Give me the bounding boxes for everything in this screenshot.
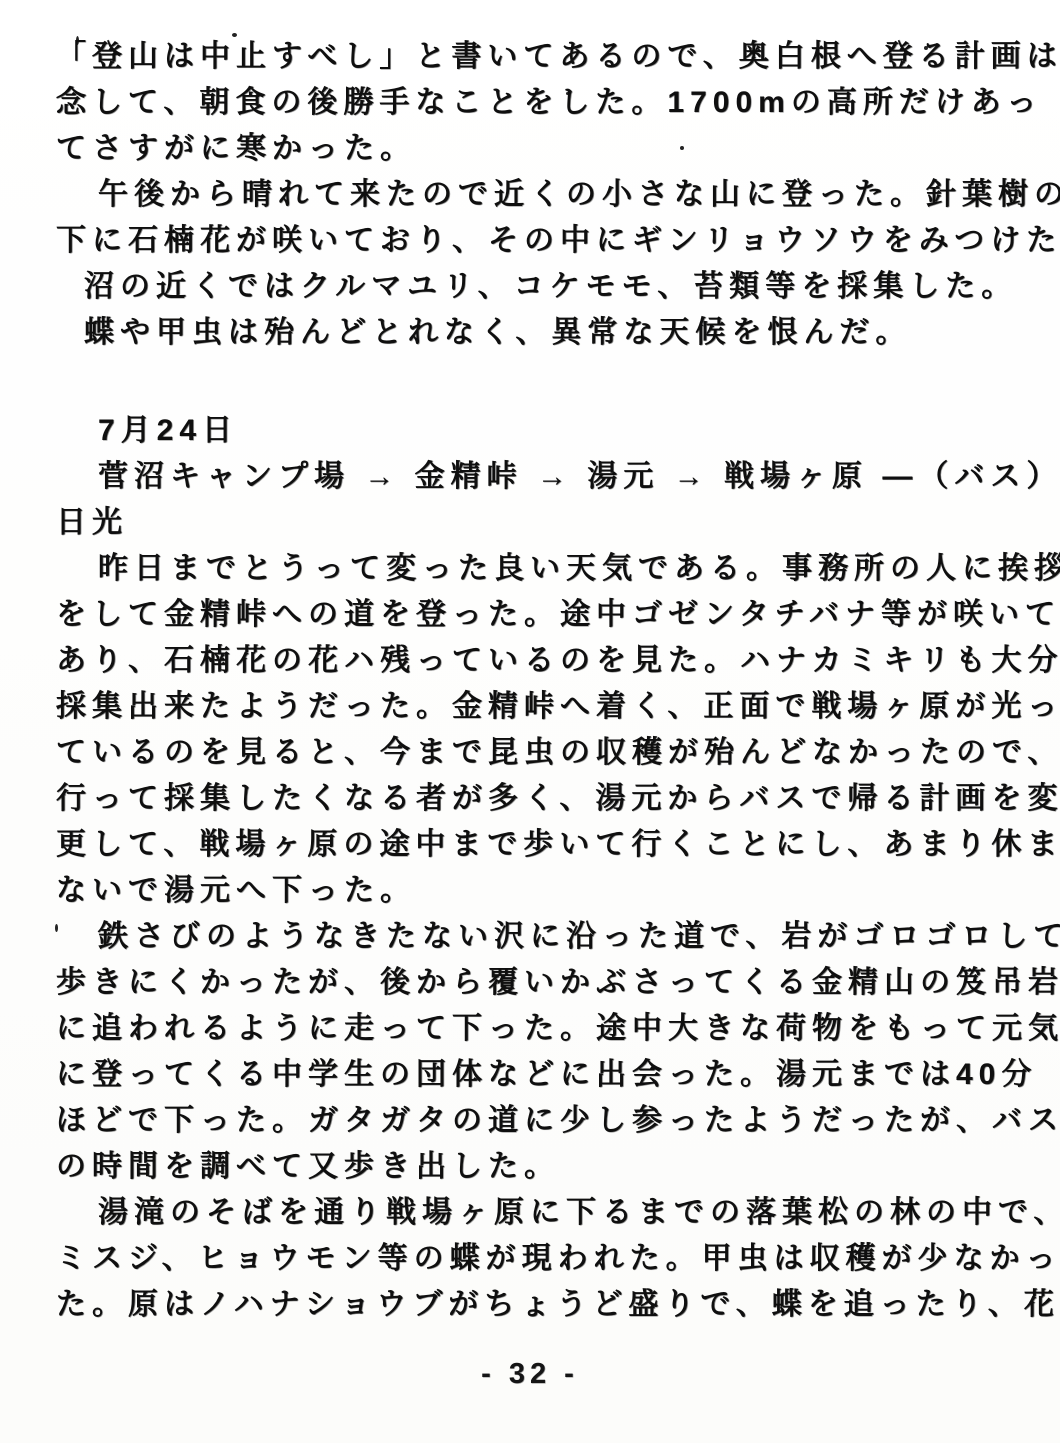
text-line: た。原はノハナショウブがちょうど盛りで、蝶を追ったり、花 [56, 1282, 1024, 1328]
text-line: 蝶や甲虫は殆んどとれなく、異常な天候を恨んだ。 [56, 310, 1024, 356]
text-line: 沼の近くではクルマユリ、コケモモ、苔類等を採集した。 [56, 264, 1024, 310]
text-line: 行って採集したくなる者が多く、湯元からバスで帰る計画を変 [56, 776, 1024, 822]
text-line: 「登山は中止すべし」と書いてあるので、奥白根へ登る計画は断 [56, 34, 1024, 80]
text-line: 念して、朝食の後勝手なことをした。1700mの高所だけあっ [56, 80, 1024, 126]
text-line: の時間を調べて又歩き出した。 [56, 1144, 1024, 1190]
blank-line [56, 356, 1024, 408]
text-line: に追われるように走って下った。途中大きな荷物をもって元気 [56, 1006, 1024, 1052]
text-line: てさすがに寒かった。 [56, 126, 1024, 172]
date-heading: 7月24日 [56, 408, 1024, 454]
text-line: 昨日までとうって変った良い天気である。事務所の人に挨拶 [56, 546, 1024, 592]
text-line: に登ってくる中学生の団体などに出会った。湯元までは40分 [56, 1052, 1024, 1098]
text-line: 歩きにくかったが、後から覆いかぶさってくる金精山の笈吊岩 [56, 960, 1024, 1006]
text-line: ないで湯元へ下った。 [56, 868, 1024, 914]
text-line: 下に石楠花が咲いており、その中にギンリョウソウをみつけた [56, 218, 1024, 264]
text-line: 採集出来たようだった。金精峠へ着く、正面で戦場ヶ原が光っ [56, 684, 1024, 730]
text-line: ほどで下った。ガタガタの道に少し参ったようだったが、バス [56, 1098, 1024, 1144]
text-line: 午後から晴れて来たので近くの小さな山に登った。針葉樹の [56, 172, 1024, 218]
text-line: ミスジ、ヒョウモン等の蝶が現われた。甲虫は収穫が少なかっ [56, 1236, 1024, 1282]
page-number: - 32 - [0, 1358, 1060, 1391]
text-line: あり、石楠花の花ハ残っているのを見た。ハナカミキリも大分 [56, 638, 1024, 684]
text-line: 日光 [56, 500, 1024, 546]
text-line: 湯滝のそばを通り戦場ヶ原に下るまでの落葉松の林の中で、 [56, 1190, 1024, 1236]
document-body: 「登山は中止すべし」と書いてあるので、奥白根へ登る計画は断 念して、朝食の後勝手… [56, 34, 1024, 1328]
text-line: ているのを見ると、今まで昆虫の収穫が殆んどなかったので、 [56, 730, 1024, 776]
text-line: 鉄さびのようなきたない沢に沿った道で、岩がゴロゴロして [56, 914, 1024, 960]
text-line: 更して、戦場ヶ原の途中まで歩いて行くことにし、あまり休ま [56, 822, 1024, 868]
text-line: をして金精峠への道を登った。途中ゴゼンタチバナ等が咲いて [56, 592, 1024, 638]
route-line: 菅沼キャンプ場 → 金精峠 → 湯元 → 戦場ヶ原 ―（バス）→ [56, 454, 1024, 500]
scanned-document-page: 「登山は中止すべし」と書いてあるので、奥白根へ登る計画は断 念して、朝食の後勝手… [0, 0, 1060, 1443]
